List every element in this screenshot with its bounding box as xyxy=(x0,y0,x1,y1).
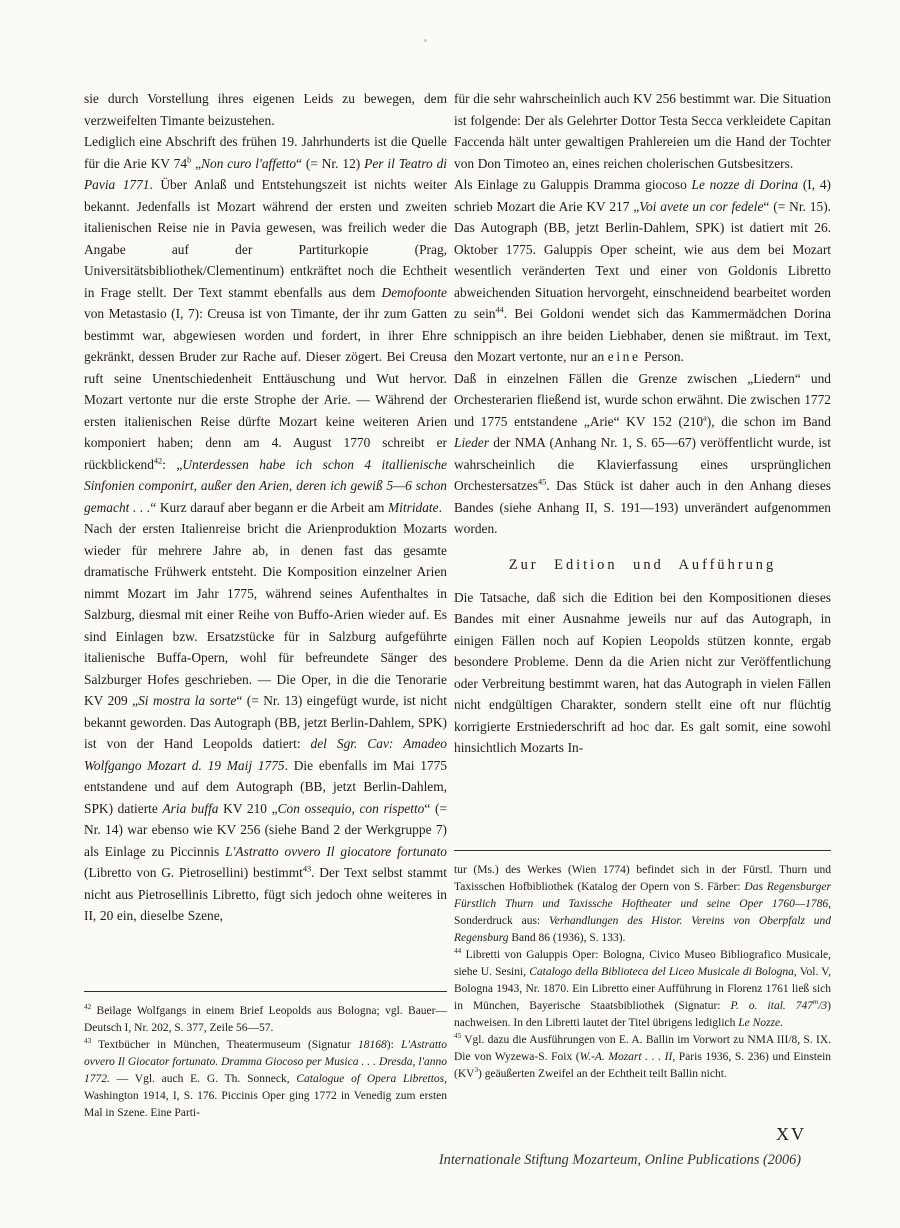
left-column: sie durch Vorstellung ihres eigenen Leid… xyxy=(84,88,447,1168)
paragraph: Lediglich eine Abschrift des frühen 19. … xyxy=(84,131,447,518)
footnote-43: 43 Textbücher in München, Theatermuseum … xyxy=(84,1037,447,1122)
footnote-42: 42 Beilage Wolfgangs in einem Brief Leop… xyxy=(84,1003,447,1037)
section-heading: Zur Edition und Aufführung xyxy=(454,557,831,574)
paragraph: Daß in einzelnen Fällen die Grenze zwisc… xyxy=(454,368,831,540)
paragraph: Die Tatsache, daß sich die Edition bei d… xyxy=(454,587,831,759)
paragraph: sie durch Vorstellung ihres eigenen Leid… xyxy=(84,88,447,131)
scan-speck xyxy=(424,39,427,42)
scanned-book-page: sie durch Vorstellung ihres eigenen Leid… xyxy=(0,0,900,1228)
right-column: für die sehr wahrscheinlich auch KV 256 … xyxy=(454,88,831,1168)
right-footnote-block: tur (Ms.) des Werkes (Wien 1774) befinde… xyxy=(454,850,831,1083)
left-column-body: sie durch Vorstellung ihres eigenen Leid… xyxy=(84,88,447,927)
page-number: XV xyxy=(776,1124,806,1145)
footnote-rule xyxy=(84,991,447,992)
right-column-body: für die sehr wahrscheinlich auch KV 256 … xyxy=(454,88,831,759)
footnote-43-continuation: tur (Ms.) des Werkes (Wien 1774) befinde… xyxy=(454,862,831,947)
footnote-44: 44 Libretti von Galuppis Oper: Bologna, … xyxy=(454,947,831,1032)
footnote-45: 45 Vgl. dazu die Ausführungen von E. A. … xyxy=(454,1032,831,1083)
footnote-rule xyxy=(454,850,831,851)
paragraph: Als Einlage zu Galuppis Dramma giocoso L… xyxy=(454,174,831,368)
left-footnote-block: 42 Beilage Wolfgangs in einem Brief Leop… xyxy=(84,991,447,1122)
paragraph: für die sehr wahrscheinlich auch KV 256 … xyxy=(454,88,831,174)
page-footer: Internationale Stiftung Mozarteum, Onlin… xyxy=(420,1152,820,1169)
paragraph: Nach der ersten Italienreise bricht die … xyxy=(84,518,447,927)
